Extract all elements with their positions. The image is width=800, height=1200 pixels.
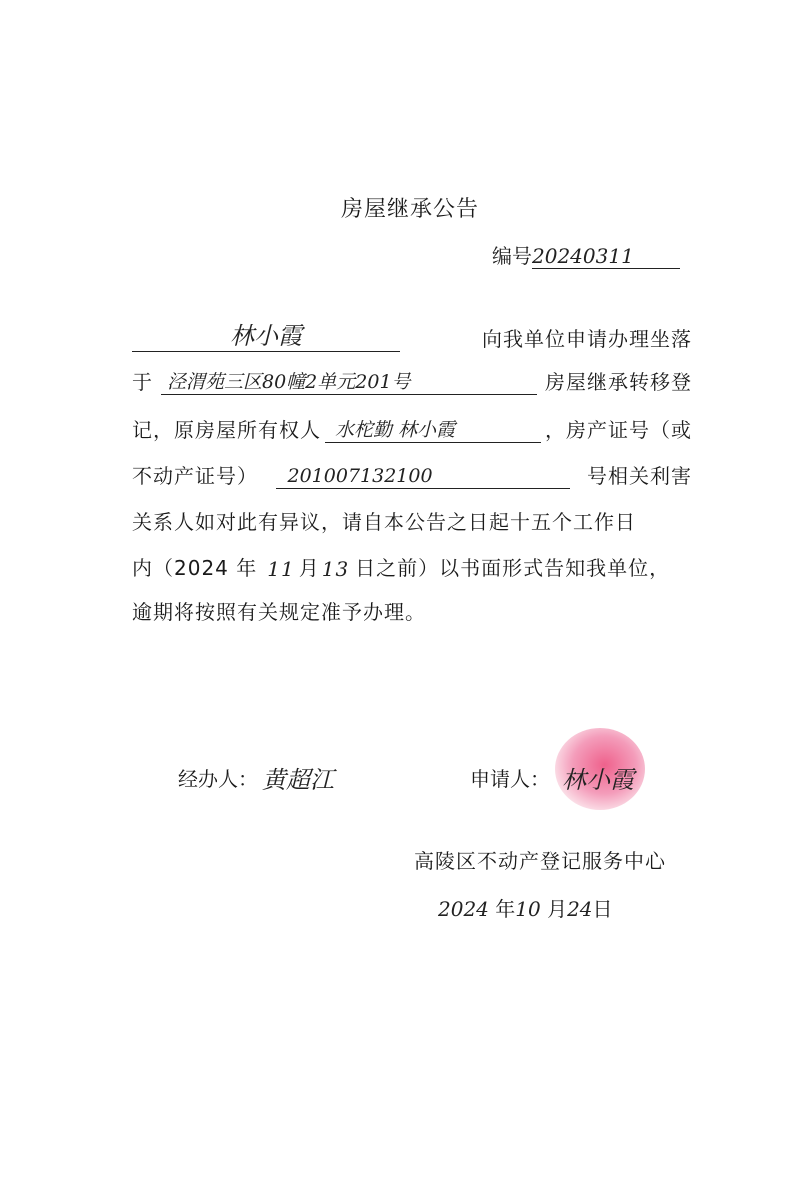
applicant-name-field: 林小霞: [132, 322, 400, 352]
original-owners: 水柁勤 林小霞: [335, 419, 455, 441]
issuer-name: 高陵区不动产登记服务中心: [414, 845, 666, 874]
issue-date-year: 2024: [438, 897, 489, 921]
serial-value-field: 20240311: [532, 244, 680, 269]
deadline-day: 13: [322, 557, 349, 581]
property-location-field: 泾渭苑三区80幢2单元201号: [161, 371, 537, 395]
document-title: 房屋继承公告: [0, 192, 800, 223]
issue-date-month-suffix: 月: [547, 897, 567, 921]
body-text-5: ，房产证号（或: [545, 414, 692, 443]
body-text-1: 向我单位申请办理坐落: [482, 323, 692, 352]
handler-label: 经办人：: [178, 763, 258, 792]
issue-date: 2024 年10 月24日: [438, 893, 613, 922]
body-text-9b: 月: [299, 552, 320, 581]
issue-date-month: 10: [515, 897, 540, 921]
body-line-7: 逾期将按照有关规定准予办理。: [132, 596, 692, 625]
body-line-3: 记，原房屋所有权人 水柁勤 林小霞 ，房产证号（或: [132, 414, 692, 443]
body-line-2: 于 泾渭苑三区80幢2单元201号 房屋继承转移登: [132, 366, 692, 395]
body-line-4: 不动产证号） 201007132100 号相关利害: [132, 460, 692, 489]
body-text-10: 逾期将按照有关规定准予办理。: [132, 596, 426, 625]
body-line-1: 林小霞 向我单位申请办理坐落: [132, 322, 692, 352]
body-text-6: 不动产证号）: [132, 460, 258, 489]
body-text-2: 于: [132, 366, 153, 395]
body-text-4: 记，原房屋所有权人: [132, 414, 321, 443]
body-text-3: 房屋继承转移登: [545, 366, 692, 395]
applicant-name: 林小霞: [230, 322, 302, 350]
body-text-9c: 日之前）以书面形式告知我单位，: [355, 552, 670, 581]
body-line-5: 关系人如对此有异议，请自本公告之日起十五个工作日: [132, 506, 692, 535]
original-owners-field: 水柁勤 林小霞: [325, 419, 541, 443]
certificate-number: 201007132100: [288, 465, 433, 487]
deadline-month: 11: [267, 557, 294, 581]
issue-date-day: 24: [567, 897, 592, 921]
body-text-9a: 内（2024 年: [132, 552, 257, 581]
applicant-label: 申请人：: [470, 763, 550, 792]
serial-label: 编号: [492, 240, 532, 269]
handler-signature: 黄超江: [262, 760, 334, 795]
body-text-8: 关系人如对此有异议，请自本公告之日起十五个工作日: [132, 506, 636, 535]
body-line-6: 内（2024 年 11 月 13 日之前）以书面形式告知我单位，: [132, 552, 692, 581]
applicant-signature: 林小霞: [562, 760, 634, 795]
body-text-7: 号相关利害: [587, 460, 692, 489]
certificate-number-field: 201007132100: [276, 465, 570, 489]
property-location: 泾渭苑三区80幢2单元201号: [167, 371, 411, 393]
handler-signature-row: 经办人： 黄超江: [178, 760, 334, 795]
issue-date-day-suffix: 日: [593, 897, 613, 921]
issue-date-year-suffix: 年: [495, 897, 515, 921]
serial-value: 20240311: [532, 244, 634, 268]
applicant-signature-row: 申请人： 林小霞: [470, 760, 634, 795]
serial-number: 编号 20240311: [492, 240, 680, 269]
